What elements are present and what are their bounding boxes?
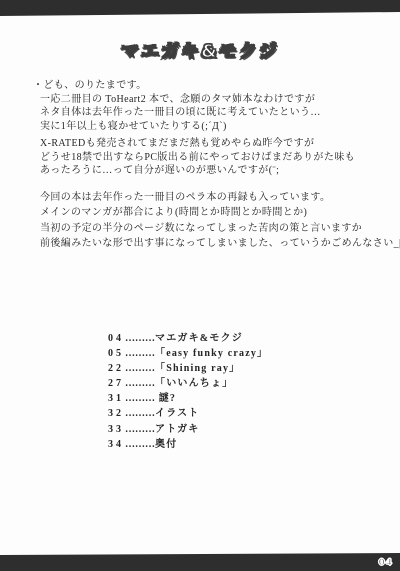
foreword-paragraph-2: 今回の本は去年作った一冊目のペラ本の再録も入っています。 メインのマンガが都合に… (40, 190, 400, 251)
bottom-scan-border: 04 (0, 552, 400, 571)
toc-leader-dots: ……… (125, 408, 155, 419)
foreword-line: 当初の予定の半分のページ数になってしまった苦肉の策と言いますか (40, 221, 400, 236)
toc-page-number: 05 (108, 348, 124, 359)
toc-page-number: 31 (108, 393, 124, 404)
page-title: マエガキ&モクジ (0, 37, 400, 63)
toc-page-number: 33 (108, 424, 124, 435)
foreword-line: 一応二冊目の ToHeart2 本で、念願のタマ姉本なわけですが (40, 93, 355, 107)
toc-entry-label: 「いいんちょ」 (155, 378, 233, 389)
foreword-line: ネタ自体は去年作った一冊目の頃に既に考えていたという… (40, 106, 355, 120)
toc-row: 34………奥付 (108, 437, 268, 452)
toc-row: 33………アトガキ (108, 422, 268, 437)
toc-entry-label: 「Shining ray」 (155, 363, 240, 374)
toc-leader-dots: ……… (125, 439, 155, 450)
toc-row: 04………マエガキ&モクジ (108, 331, 268, 346)
foreword-line: ・ども、のりたまです。 (33, 79, 355, 93)
page-number: 04 (378, 558, 393, 568)
toc-row: 32………イラスト (108, 406, 268, 421)
toc-entry-label: 「easy funky crazy」 (155, 348, 268, 359)
scanned-doujinshi-page: マエガキ&モクジ ・ども、のりたまです。 一応二冊目の ToHeart2 本で、… (0, 0, 400, 571)
toc-row: 22………「Shining ray」 (108, 361, 268, 376)
toc-entry-label: イラスト (155, 408, 200, 419)
foreword-line: 今回の本は去年作った一冊目のペラ本の再録も入っています。 (40, 190, 400, 205)
foreword-line: X-RATEDも発売されてまだまだ熱も覚めやらぬ昨今ですが (40, 137, 355, 151)
toc-page-number: 22 (108, 363, 124, 374)
foreword-line: どうせ18禁で出すならPC版出る前にやっておけばまだありがた味も (40, 151, 355, 165)
toc-entry-label: マエガキ&モクジ (155, 333, 243, 344)
toc-page-number: 34 (108, 439, 124, 450)
toc-page-number: 04 (108, 333, 124, 344)
toc-entry-label: 奥付 (155, 439, 177, 450)
foreword-line: 前後編みたいな形で出す事になってしまいました、っていうかごめんなさい_| ̄|○ (40, 236, 400, 251)
toc-leader-dots: ……… (125, 393, 155, 404)
toc-leader-dots: ……… (125, 348, 155, 359)
toc-row: 05………「easy funky crazy」 (108, 346, 268, 361)
toc-page-number: 32 (108, 408, 124, 419)
foreword-line: 実に1年以上も寝かせていたりする(;´Д`) (40, 120, 355, 134)
toc-row: 31……… 謎? (108, 391, 268, 406)
foreword-paragraph-1: ・ども、のりたまです。 一応二冊目の ToHeart2 本で、念願のタマ姉本なわ… (40, 79, 355, 178)
toc-entry-label: アトガキ (155, 424, 200, 435)
toc-leader-dots: ……… (125, 333, 155, 344)
top-scan-border (0, 0, 400, 17)
foreword-line: メインのマンガが都合により(時間とか時間とか時間とか) (40, 205, 400, 220)
foreword-line: あったろうに…って自分が遅いのが悪いんですが(¨; (40, 164, 355, 178)
table-of-contents: 04………マエガキ&モクジ 05………「easy funky crazy」 22… (108, 331, 268, 452)
toc-page-number: 27 (108, 378, 124, 389)
toc-leader-dots: ……… (125, 424, 155, 435)
toc-leader-dots: ……… (125, 378, 155, 389)
toc-entry-label: 謎? (155, 393, 176, 404)
toc-row: 27………「いいんちょ」 (108, 376, 268, 391)
toc-leader-dots: ……… (125, 363, 155, 374)
